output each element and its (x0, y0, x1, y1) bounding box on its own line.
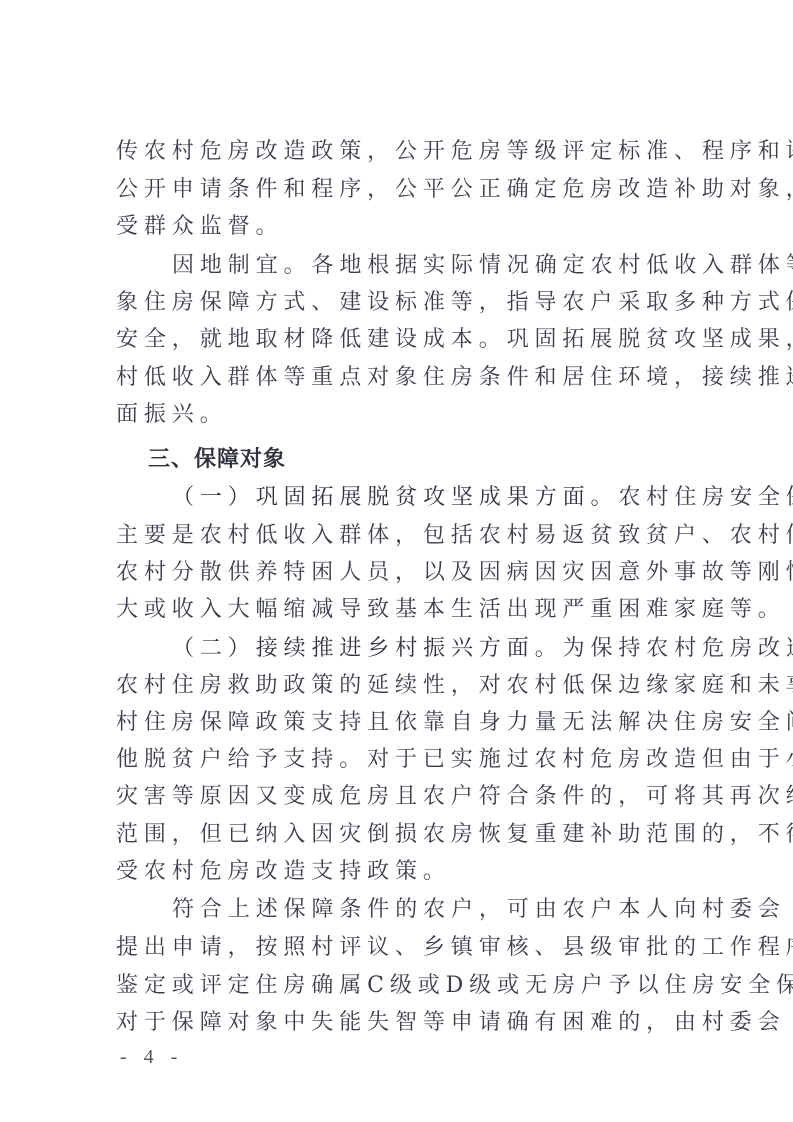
subsection-lead: （二）接续推进乡村振兴方面。 (172, 636, 563, 661)
text-line: 村住房保障政策支持且依靠自身力量无法解决住房安全问题的其 (116, 708, 710, 738)
text-line: 因地制宜。各地根据实际情况确定农村低收入群体等重点对 (172, 251, 710, 281)
text-line: 灾害等原因又变成危房且农户符合条件的，可将其再次纳入支持 (116, 782, 710, 812)
text-line: 对于保障对象中失能失智等申请确有困难的，由村委会（社区） (116, 1008, 710, 1038)
text-line: 村低收入群体等重点对象住房条件和居住环境，接续推进乡村全 (116, 363, 710, 393)
text-line: 受群众监督。 (116, 212, 710, 242)
text-line: 农村分散供养特困人员，以及因病因灾因意外事故等刚性支出较 (116, 558, 710, 588)
text-line: 主要是农村低收入群体，包括农村易返贫致贫户、农村低保户、 (116, 521, 710, 551)
text-line: 受农村危房改造支持政策。 (116, 857, 710, 887)
text-line: （二）接续推进乡村振兴方面。为保持农村危房改造政策和 (172, 634, 710, 664)
text-line: 农村住房救助政策的延续性，对农村低保边缘家庭和未享受过农 (116, 671, 710, 701)
document-page: 传农村危房改造政策，公开危房等级评定标准、程序和评定结果， 公开申请条件和程序，… (0, 0, 793, 1122)
section-heading: 三、保障对象 (148, 445, 286, 475)
text-line: 大或收入大幅缩减导致基本生活出现严重困难家庭等。 (116, 595, 710, 625)
text-line: 鉴定或评定住房确属C级或D级或无房户予以住房安全保障支持。 (116, 971, 710, 1001)
text-line: 符合上述保障条件的农户，可由农户本人向村委会（社区） (172, 895, 710, 925)
text-line: 提出申请，按照村评议、乡镇审核、县级审批的工作程序，对经 (116, 933, 710, 963)
text-line: 象住房保障方式、建设标准等，指导农户采取多种方式保障住房 (116, 288, 710, 318)
text-line: 传农村危房改造政策，公开危房等级评定标准、程序和评定结果， (116, 137, 710, 167)
page-number: - 4 - (120, 1046, 183, 1069)
text-line: 他脱贫户给予支持。对于已实施过农村危房改造但由于小型自然 (116, 745, 710, 775)
subsection-lead: （一）巩固拓展脱贫攻坚成果方面。 (172, 485, 618, 510)
text-line: 范围，但已纳入因灾倒损农房恢复重建补助范围的，不得重复享 (116, 820, 710, 850)
text-line: （一）巩固拓展脱贫攻坚成果方面。农村住房安全保障对象 (172, 483, 710, 513)
text-line: 面振兴。 (116, 400, 710, 430)
text-line: 公开申请条件和程序，公平公正确定危房改造补助对象，自觉接 (116, 175, 710, 205)
text-line: 安全，就地取材降低建设成本。巩固拓展脱贫攻坚成果，改善农 (116, 325, 710, 355)
